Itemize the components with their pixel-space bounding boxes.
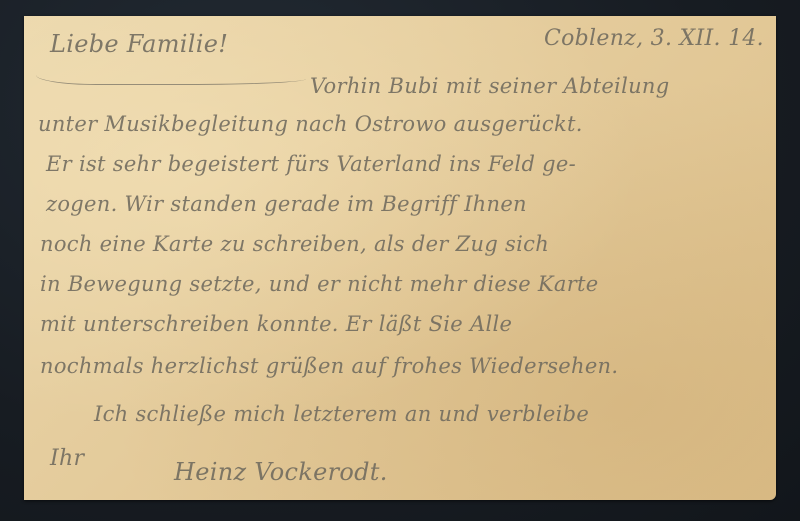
body-line-6: in Bewegung setzte, und er nicht mehr di… (40, 272, 599, 296)
body-line-4: zogen. Wir standen gerade im Begriff Ihn… (46, 192, 527, 216)
body-line-9: Ich schließe mich letzterem an und verbl… (94, 402, 589, 426)
body-line-7: mit unterschreiben konnte. Er läßt Sie A… (40, 312, 512, 336)
signature: Heinz Vockerodt. (174, 458, 388, 486)
greeting-underline (36, 74, 306, 85)
closing: Ihr (50, 446, 84, 471)
greeting: Liebe Familie! (50, 30, 228, 58)
body-line-2: unter Musikbegleitung nach Ostrowo ausge… (38, 112, 583, 136)
place-date: Coblenz, 3. XII. 14. (544, 26, 764, 51)
body-line-5: noch eine Karte zu schreiben, als der Zu… (40, 232, 549, 256)
postcard: Liebe Familie! Coblenz, 3. XII. 14. Vorh… (24, 16, 776, 500)
body-line-1: Vorhin Bubi mit seiner Abteilung (310, 74, 669, 98)
body-line-3: Er ist sehr begeistert fürs Vaterland in… (46, 152, 576, 176)
body-line-8: nochmals herzlichst grüßen auf frohes Wi… (40, 354, 618, 378)
